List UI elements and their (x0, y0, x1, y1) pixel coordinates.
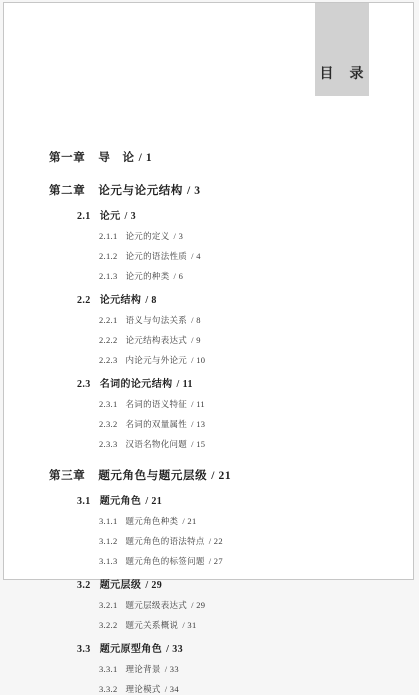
subsection-number: 3.1.1 (99, 516, 118, 526)
subsection-title: 内论元与外论元 (126, 355, 188, 365)
section-page-number: / 11 (177, 379, 193, 390)
section-title: 题元角色 (100, 496, 142, 507)
section-entry: 2.2论元结构/ 8 (77, 291, 385, 306)
section-title: 题元层级 (100, 580, 142, 589)
subsection-number: 2.2.1 (99, 315, 118, 325)
subsection-entry: 2.2.3内论元与外论元/ 10 (99, 354, 385, 366)
subsection-number: 2.1.3 (99, 271, 118, 281)
subsection-entry: 2.3.2名词的双量属性/ 13 (99, 418, 385, 430)
subsection-page-number: / 10 (191, 355, 205, 365)
subsection-page-number: / 27 (209, 556, 223, 566)
chapter-title: 题元角色与题元层级 (98, 470, 207, 482)
toc: 第一章导 论/ 1第二章论元与论元结构/ 32.1论元/ 32.1.1论元的定义… (49, 149, 385, 589)
subsection-number: 2.3.2 (99, 419, 118, 429)
section-title: 论元 (100, 211, 121, 222)
chapter-number: 第二章 (49, 185, 85, 197)
section-page-number: / 29 (145, 580, 162, 589)
toc-chapter: 第二章论元与论元结构/ 32.1论元/ 32.1.1论元的定义/ 32.1.2论… (49, 182, 385, 450)
subsection-entry: 2.2.1语义与句法关系/ 8 (99, 314, 385, 326)
subsection-title: 题元角色种类 (126, 516, 179, 526)
subsection-page-number: / 3 (174, 231, 184, 241)
subsection-number: 2.1.2 (99, 251, 118, 261)
chapter-page-number: / 1 (139, 152, 153, 164)
section-entry: 3.1题元角色/ 21 (77, 492, 385, 507)
subsection-entry: 2.3.3汉语名物化问题/ 15 (99, 438, 385, 450)
chapter-title: 论元与论元结构 (98, 185, 183, 197)
section-number: 3.2 (77, 580, 91, 589)
subsection-page-number: / 6 (174, 271, 184, 281)
subsection-entry: 2.3.1名词的语义特征/ 11 (99, 398, 385, 410)
subsection-entry: 2.2.2论元结构表达式/ 9 (99, 334, 385, 346)
subsection-page-number: / 22 (209, 536, 223, 546)
section-number: 2.1 (77, 211, 91, 222)
chapter-heading: 第二章论元与论元结构/ 3 (49, 182, 385, 198)
section-entry: 2.3名词的论元结构/ 11 (77, 375, 385, 390)
section-page-number: / 21 (145, 496, 162, 507)
section-page-number: / 8 (145, 295, 156, 306)
subsection-page-number: / 8 (191, 315, 201, 325)
toc-chapter: 第三章题元角色与题元层级/ 213.1题元角色/ 213.1.1题元角色种类/ … (49, 467, 385, 589)
subsection-page-number: / 9 (191, 335, 201, 345)
subsection-title: 汉语名物化问题 (126, 439, 188, 449)
subsection-title: 论元结构表达式 (126, 335, 188, 345)
subsection-entry: 2.1.1论元的定义/ 3 (99, 230, 385, 242)
section-number: 3.1 (77, 496, 91, 507)
subsection-title: 论元的种类 (126, 271, 170, 281)
toc-header-title: 目 录 (320, 63, 365, 83)
chapter-page-number: / 21 (211, 470, 231, 482)
subsection-entry: 2.1.2论元的语法性质/ 4 (99, 250, 385, 262)
section-page-number: / 3 (125, 211, 136, 222)
section-number: 2.2 (77, 295, 91, 306)
subsection-number: 3.1.2 (99, 536, 118, 546)
subsection-entry: 3.1.1题元角色种类/ 21 (99, 515, 385, 527)
subsection-page-number: / 11 (191, 399, 205, 409)
document-page: 目 录 第一章导 论/ 1第二章论元与论元结构/ 32.1论元/ 32.1.1论… (3, 2, 414, 580)
subsection-page-number: / 13 (191, 419, 205, 429)
subsection-title: 题元角色的标签问题 (126, 556, 205, 566)
subsection-page-number: / 21 (182, 516, 196, 526)
subsection-entry: 3.1.3题元角色的标签问题/ 27 (99, 555, 385, 567)
section-entry: 2.1论元/ 3 (77, 207, 385, 222)
subsection-title: 题元角色的语法特点 (126, 536, 205, 546)
chapter-heading: 第一章导 论/ 1 (49, 149, 385, 165)
subsection-number: 3.1.3 (99, 556, 118, 566)
subsection-number: 2.1.1 (99, 231, 118, 241)
section-entry: 3.2题元层级/ 29 (77, 576, 385, 589)
toc-header-tab: 目 录 (315, 3, 369, 96)
subsection-title: 语义与句法关系 (126, 315, 188, 325)
chapter-number: 第一章 (49, 152, 85, 164)
chapter-title: 导 论 (98, 152, 134, 164)
subsection-number: 2.2.3 (99, 355, 118, 365)
subsection-title: 名词的双量属性 (126, 419, 188, 429)
chapter-page-number: / 3 (187, 185, 201, 197)
subsection-page-number: / 15 (191, 439, 205, 449)
section-number: 2.3 (77, 379, 91, 390)
subsection-number: 2.2.2 (99, 335, 118, 345)
section-title: 论元结构 (100, 295, 142, 306)
subsection-number: 2.3.1 (99, 399, 118, 409)
subsection-entry: 2.1.3论元的种类/ 6 (99, 270, 385, 282)
subsection-number: 2.3.3 (99, 439, 118, 449)
toc-chapter: 第一章导 论/ 1 (49, 149, 385, 165)
chapter-heading: 第三章题元角色与题元层级/ 21 (49, 467, 385, 483)
subsection-title: 论元的语法性质 (126, 251, 188, 261)
subsection-page-number: / 4 (191, 251, 201, 261)
subsection-title: 论元的定义 (126, 231, 170, 241)
section-title: 名词的论元结构 (100, 379, 173, 390)
chapter-number: 第三章 (49, 470, 85, 482)
subsection-title: 名词的语义特征 (126, 399, 188, 409)
subsection-entry: 3.1.2题元角色的语法特点/ 22 (99, 535, 385, 547)
